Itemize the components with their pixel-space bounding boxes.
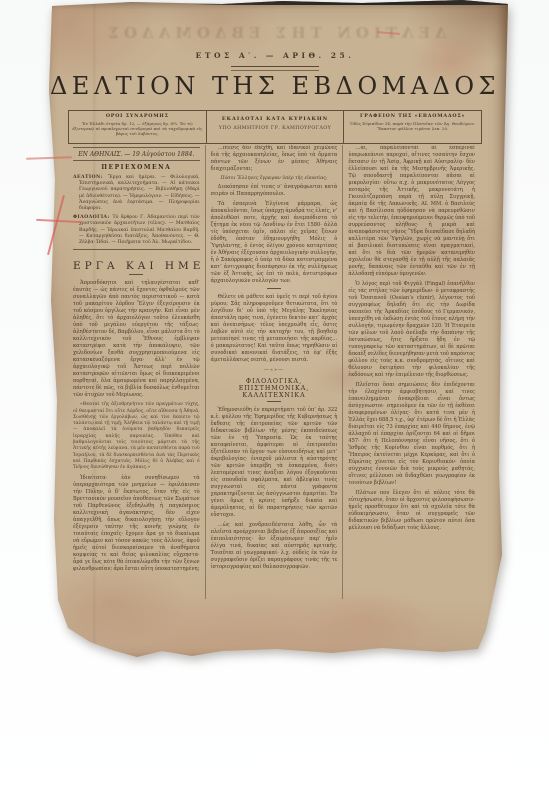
ornament-divider: —«»—: [211, 367, 338, 373]
section-heading: ΦΙΛΟΛΟΓΙΚΑ, ΕΠΙΣΤΗΜΟΝΙΚΑ, ΚΑΛΛΙΤΕΧΝΙΚΑ: [211, 378, 338, 399]
newspaper-page: ΔΕΛΤΙΟΝ ΤΗΣ ΕΒΔΟΜΑΔΟΣ ΕΤΟΣ Α′. — ΑΡΙΘ. 2…: [42, 0, 508, 662]
article-paragraph: …αι, παραλείπονται αἱ ἑσπεριναὶ ὑπερωκεά…: [348, 145, 475, 278]
scan-top-edge-strip: [192, 0, 508, 5]
masthead-info-bar: ΟΡΟΙ ΣΥΝΔΡΟΜΗΣ Ἐν Ἑλλάδι ἐτησία δρ. 12, …: [68, 110, 482, 144]
column-middle: …πίεσις δὲν ἐδέχθη, καὶ ἰδανικοὶ χειμῶνε…: [205, 145, 344, 599]
bleed-through-ghost-title: ΔΕΛΤΙΟΝ ΤΗΣ ΕΒΔΟΜΑΔΟΣ: [42, 24, 508, 42]
article-paragraph: …πίεσις δὲν ἐδέχθη, καὶ ἰδανικοὶ χειμῶνε…: [211, 145, 338, 173]
masthead-double-rule: [231, 66, 319, 71]
article-paragraph: Ὁ λόγος περὶ τοῦ Φιγγὰλ (Fingal) ἐπανῆλθ…: [348, 281, 475, 379]
page-title: ΔΕΛΤΙΟΝ ΤΗΣ ΕΒΔΟΜΑΔΟΣ: [42, 72, 508, 100]
publication-frequency: ΕΚΔΙΔΟΤΑΙ ΚΑΤΑ ΚΥΡΙΑΚΗΝ: [210, 116, 341, 122]
contents-entry: ΦΙΛΟΛΟΓΙΑ: Τὸ ἄρθρον Γ. Ἀδαμαντίου περὶ …: [73, 215, 200, 246]
office-address: Ὁδὸς Εὐριπίδου 34, παρὰ τὴν Πλατεῖαν τῶν…: [347, 121, 478, 126]
article-paragraph: Πλεῖσται ὅσαι σημειώσεις δὲν ἐπιδέχονται…: [348, 382, 475, 487]
subscription-terms: Ἐν Ἑλλάδι ἐτησία δρ. 12, — ἑξάμηνος δρ. …: [72, 121, 203, 137]
subscription-heading: ΟΡΟΙ ΣΥΝΔΡΟΜΗΣ: [72, 113, 203, 119]
dateline: ΕΝ ΑΘΗΝΑΙΣ. — 19 Αὐγούστου 1884.: [73, 151, 200, 158]
article-paragraph: …ὡς καὶ χονδροειδέστατα λάθη, ὧν τὰ πλεῖ…: [211, 522, 338, 571]
column-rule: [73, 147, 200, 148]
columns: ΕΝ ΑΘΗΝΑΙΣ. — 19 Αὐγούστου 1884.ΠΕΡΙΕΧΟΜ…: [68, 145, 480, 599]
article-paragraph: Θέλετε νὰ μάθετε καὶ ὑμεῖς τι περὶ τοῦ ἁ…: [211, 294, 338, 364]
article-paragraph: Ἐδημοσιεύθη ἐν παραρτήματι τοῦ ὑπ’ ἀρ. 3…: [211, 407, 338, 519]
column-rule: [73, 249, 200, 250]
column-rule: [73, 160, 200, 161]
article-paragraph-small: «Θεαταὶ τῆς ἀξιοθρηνήτου τῶν πραγμάτων τ…: [73, 402, 200, 471]
contents-entry: ΔΕΛΤΙΟΝ: Ἔργα καὶ ἡμέραι. — Φιλολογικά, …: [73, 175, 200, 212]
inline-quote-line: Πόσοι Ἕλληνες ἔγραψαν ὑπὲρ τῆς εἰκασίας;: [215, 176, 334, 181]
article-paragraph: Πλάτων που ἔλεγεν ὅτι αἱ πόλεις τότε θὰ …: [348, 490, 475, 532]
contents-heading: ΠΕΡΙΕΧΟΜΕΝΑ: [73, 164, 200, 171]
publisher-name: ΥΠΟ ΔΗΜΗΤΡΙΟΥ ΓΡ. ΚΑΜΠΟΥΡΟΓΛΟΥ: [210, 126, 341, 131]
publication-box: ΕΚΔΙΔΟΤΑΙ ΚΑΤΑ ΚΥΡΙΑΚΗΝ ΥΠΟ ΔΗΜΗΤΡΙΟΥ ΓΡ…: [206, 111, 344, 143]
article-paragraph: Διεκόπησαν ἐπί τινας ν’ ἀναγράφωνται κατ…: [211, 184, 338, 198]
issue-price: Ἕκαστον φύλλον τιμᾶται λεπ. 20.: [347, 126, 478, 131]
scanned-newspaper-scan: ΔΕΛΤΙΟΝ ΤΗΣ ΕΒΔΟΜΑΔΟΣ ΕΤΟΣ Α′. — ΑΡΙΘ. 2…: [0, 0, 549, 800]
article-paragraph: Ἀπροσδόκητοι καὶ τηλαυγέστατοι καθ’ ἑαυτ…: [73, 280, 200, 399]
issue-line: ΕΤΟΣ Α′. — ΑΡΙΘ. 25.: [42, 51, 508, 60]
divider-dash: [129, 274, 143, 275]
paper-shadow-wrap: ΔΕΛΤΙΟΝ ΤΗΣ ΕΒΔΟΜΑΔΟΣ ΕΤΟΣ Α′. — ΑΡΙΘ. 2…: [42, 0, 508, 662]
office-heading: ΓΡΑΦΕΙΟΝ ΤΗΣ «ΕΒΔΟΜΑΔΟΣ»: [347, 113, 478, 119]
divider-dash: [267, 288, 281, 289]
subscription-box: ΟΡΟΙ ΣΥΝΔΡΟΜΗΣ Ἐν Ἑλλάδι ἐτησία δρ. 12, …: [69, 111, 206, 143]
column-right: …αι, παραλείπονται αἱ ἑσπεριναὶ ὑπερωκεά…: [343, 145, 480, 599]
divider-dash: [267, 401, 281, 402]
column-left: ΕΝ ΑΘΗΝΑΙΣ. — 19 Αὐγούστου 1884.ΠΕΡΙΕΧΟΜ…: [68, 145, 205, 599]
office-box: ΓΡΑΦΕΙΟΝ ΤΗΣ «ΕΒΔΟΜΑΔΟΣ» Ὁδὸς Εὐριπίδου …: [343, 111, 481, 143]
article-paragraph: Ἰδιαίτατα· ἐὰν συνηθίσωμεν τὰ ὑπεραρχαιό…: [73, 475, 200, 573]
article-heading: ΕΡΓΑ ΚΑΙ ΗΜΕΡΑΙ: [73, 260, 200, 272]
article-paragraph: Τὰ ἑσπερινὰ Ἐλγίνεια μάρμαρα, ὡς ἀποκαλο…: [211, 201, 338, 285]
